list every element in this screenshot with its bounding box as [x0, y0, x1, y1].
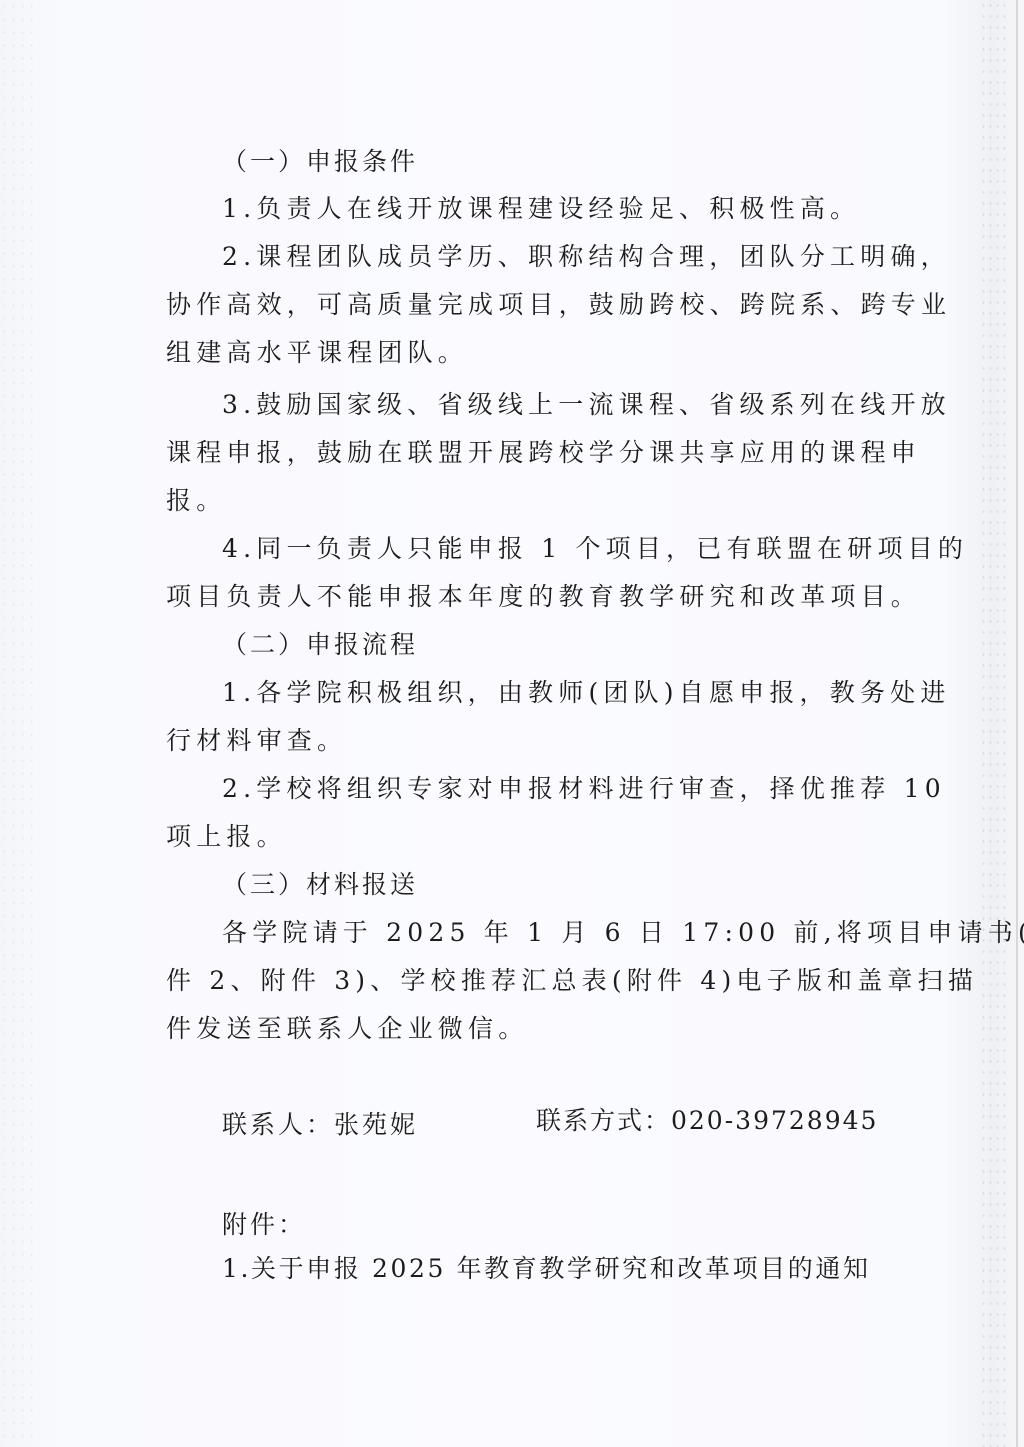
scan-noise-left: [0, 0, 40, 1447]
paragraph-line: 件 2、附件 3)、学校推荐汇总表(附件 4)电子版和盖章扫描: [166, 964, 978, 998]
paragraph-line: 项上报。: [166, 820, 287, 854]
paragraph-line: 协作高效，可高质量完成项目，鼓励跨校、跨院系、跨专业: [166, 288, 951, 322]
contact-phone: 联系方式：020-39728945: [536, 1104, 878, 1138]
paragraph-line: 4.同一负责人只能申报 1 个项目，已有联盟在研项目的: [222, 532, 968, 566]
paragraph-line: 件发送至联系人企业微信。: [166, 1012, 528, 1046]
section-heading-process: （二）申报流程: [222, 628, 418, 662]
paragraph-line: 1.负责人在线开放课程建设经验足、积极性高。: [222, 192, 860, 226]
paragraph-line: 行材料审查。: [166, 724, 347, 758]
paragraph-line: 组建高水平课程团队。: [166, 336, 468, 370]
paragraph-line: 1.各学院积极组织，由教师(团队)自愿申报，教务处进: [222, 676, 951, 710]
section-heading-conditions: （一）申报条件: [222, 145, 418, 179]
paragraph-line: 3.鼓励国家级、省级线上一流课程、省级系列在线开放: [222, 388, 951, 422]
scan-noise-right: [980, 0, 1010, 1447]
section-heading-submission: （三）材料报送: [222, 868, 418, 902]
scanned-page: （一）申报条件 1.负责人在线开放课程建设经验足、积极性高。 2.课程团队成员学…: [0, 0, 1024, 1447]
contact-person: 联系人：张苑妮: [222, 1108, 418, 1142]
paragraph-line: 报。: [166, 484, 226, 518]
paragraph-line: 项目负责人不能申报本年度的教育教学研究和改革项目。: [166, 580, 921, 614]
page-edge: [1016, 0, 1018, 1447]
attachments-heading: 附件：: [222, 1208, 306, 1242]
paragraph-line: 2.学校将组织专家对申报材料进行审查，择优推荐 10: [222, 772, 946, 806]
paragraph-line: 2.课程团队成员学历、职称结构合理，团队分工明确，: [222, 240, 951, 274]
paragraph-line: 课程申报，鼓励在联盟开展跨校学分课共享应用的课程申: [166, 436, 921, 470]
attachment-item: 1.关于申报 2025 年教育教学研究和改革项目的通知: [222, 1252, 871, 1286]
paragraph-line: 各学院请于 2025 年 1 月 6 日 17:00 前,将项目申请书(附: [222, 916, 1024, 950]
